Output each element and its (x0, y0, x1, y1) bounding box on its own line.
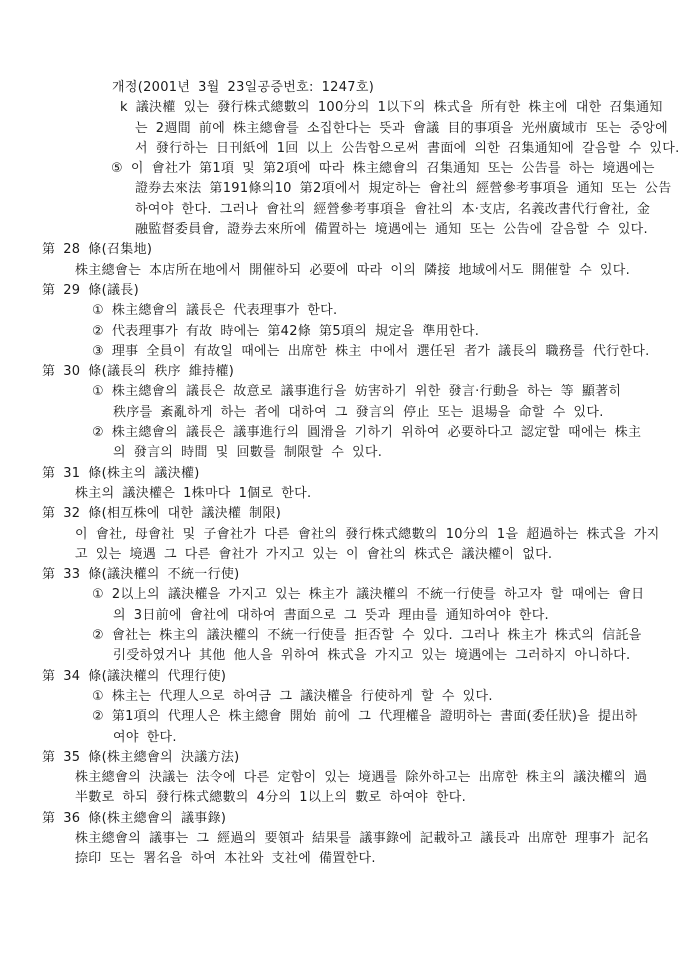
article-32-heading: 第 32 條(相互株에 대한 議決權 制限) (0, 504, 680, 524)
article-32-body-line-2: 고 있는 境遇 그 다른 會社가 가지고 있는 이 會社의 株式은 議決權이 없… (0, 545, 680, 565)
amendment-item-k-line-2: 는 2週間 前에 株主總會를 소집한다는 뜻과 會議 目的事項을 光州廣域市 또… (0, 119, 680, 139)
article-28-heading: 第 28 條(召集地) (0, 240, 680, 260)
document-body: 개정(2001년 3월 23일공증번호: 1247호)k 議決權 있는 發行株式… (0, 78, 680, 870)
article-30-item-1-line-2: 秩序를 紊亂하게 하는 者에 대하여 그 發言의 停止 또는 退場을 命할 수 … (0, 403, 680, 423)
article-29-item-2: ② 代表理事가 有故 時에는 第42條 第5項의 規定을 準用한다. (0, 322, 680, 342)
amendment-note: 개정(2001년 3월 23일공증번호: 1247호) (0, 78, 680, 98)
article-33-heading: 第 33 條(議決權의 不統一行使) (0, 565, 680, 585)
article-29-item-1: ① 株主總會의 議長은 代表理事가 한다. (0, 301, 680, 321)
article-35-body-line-2: 半數로 하되 發行株式總數의 4分의 1以上의 數로 하여야 한다. (0, 788, 680, 808)
amendment-item-5-line-3: 하여야 한다. 그러나 會社의 經營參考事項을 會社의 本·支店, 名義改書代行… (0, 200, 680, 220)
article-30-heading: 第 30 條(議長의 秩序 維持權) (0, 362, 680, 382)
article-36-heading: 第 36 條(株主總會의 議事錄) (0, 809, 680, 829)
amendment-item-5-line-4: 融監督委員會, 證券去來所에 備置하는 境遇에는 通知 또는 公告에 갈음할 수… (0, 220, 680, 240)
article-34-heading: 第 34 條(議決權의 代理行使) (0, 667, 680, 687)
article-36-body-line-2: 捺印 또는 署名을 하여 本社와 支社에 備置한다. (0, 849, 680, 869)
article-36-body-line-1: 株主總會의 議事는 그 經過의 要領과 結果를 議事錄에 記載하고 議長과 出席… (0, 829, 680, 849)
amendment-item-k-line-3: 서 發行하는 日刊紙에 1回 以上 公告함으로써 書面에 의한 召集通知에 갈음… (0, 139, 680, 159)
article-34-item-1: ① 株主는 代理人으로 하여금 그 議決權을 行使하게 할 수 있다. (0, 687, 680, 707)
article-30-item-2-line-1: ② 株主總會의 議長은 議事進行의 圓滑을 기하기 위하여 必要하다고 認定할 … (0, 423, 680, 443)
article-29-item-3: ③ 理事 全員이 有故일 때에는 出席한 株主 中에서 選任된 者가 議長의 職… (0, 342, 680, 362)
article-30-item-1-line-1: ① 株主總會의 議長은 故意로 議事進行을 妨害하기 위한 發言·行動을 하는 … (0, 382, 680, 402)
article-30-item-2-line-2: 의 發言의 時間 및 回數를 制限할 수 있다. (0, 443, 680, 463)
article-34-item-2-line-1: ② 第1項의 代理人은 株主總會 開始 前에 그 代理權을 證明하는 書面(委任… (0, 707, 680, 727)
article-32-body-line-1: 이 會社, 母會社 및 子會社가 다른 會社의 發行株式總數의 10分의 1을 … (0, 525, 680, 545)
article-33-item-2-line-2: 引受하였거나 其他 他人을 위하여 株式을 가지고 있는 境遇에는 그러하지 아… (0, 646, 680, 666)
article-33-item-2-line-1: ② 會社는 株主의 議決權의 不統一行使를 拒否할 수 있다. 그러나 株主가 … (0, 626, 680, 646)
article-35-body-line-1: 株主總會의 決議는 法令에 다른 定함이 있는 境遇를 除外하고는 出席한 株主… (0, 768, 680, 788)
amendment-item-5-line-1: ⑤ 이 會社가 第1項 및 第2項에 따라 株主總會의 召集通知 또는 公告를 … (0, 159, 680, 179)
article-34-item-2-line-2: 여야 한다. (0, 728, 680, 748)
amendment-item-5-line-2: 證券去來法 第191條의10 第2項에서 規定하는 會社의 經營參考事項을 通知… (0, 179, 680, 199)
article-31-body: 株主의 議決權은 1株마다 1個로 한다. (0, 484, 680, 504)
article-31-heading: 第 31 條(株主의 議決權) (0, 464, 680, 484)
article-29-heading: 第 29 條(議長) (0, 281, 680, 301)
article-35-heading: 第 35 條(株主總會의 決議方法) (0, 748, 680, 768)
article-28-body: 株主總會는 本店所在地에서 開催하되 必要에 따라 이의 隣接 地域에서도 開催… (0, 261, 680, 281)
amendment-item-k-line-1: k 議決權 있는 發行株式總數의 100分의 1以下의 株式을 所有한 株主에 … (0, 98, 680, 118)
document-page: 개정(2001년 3월 23일공증번호: 1247호)k 議決權 있는 發行株式… (0, 0, 680, 962)
article-33-item-1-line-2: 의 3日前에 會社에 대하여 書面으로 그 뜻과 理由를 通知하여야 한다. (0, 606, 680, 626)
article-33-item-1-line-1: ① 2以上의 議決權을 가지고 있는 株主가 議決權의 不統一行使를 하고자 할… (0, 585, 680, 605)
